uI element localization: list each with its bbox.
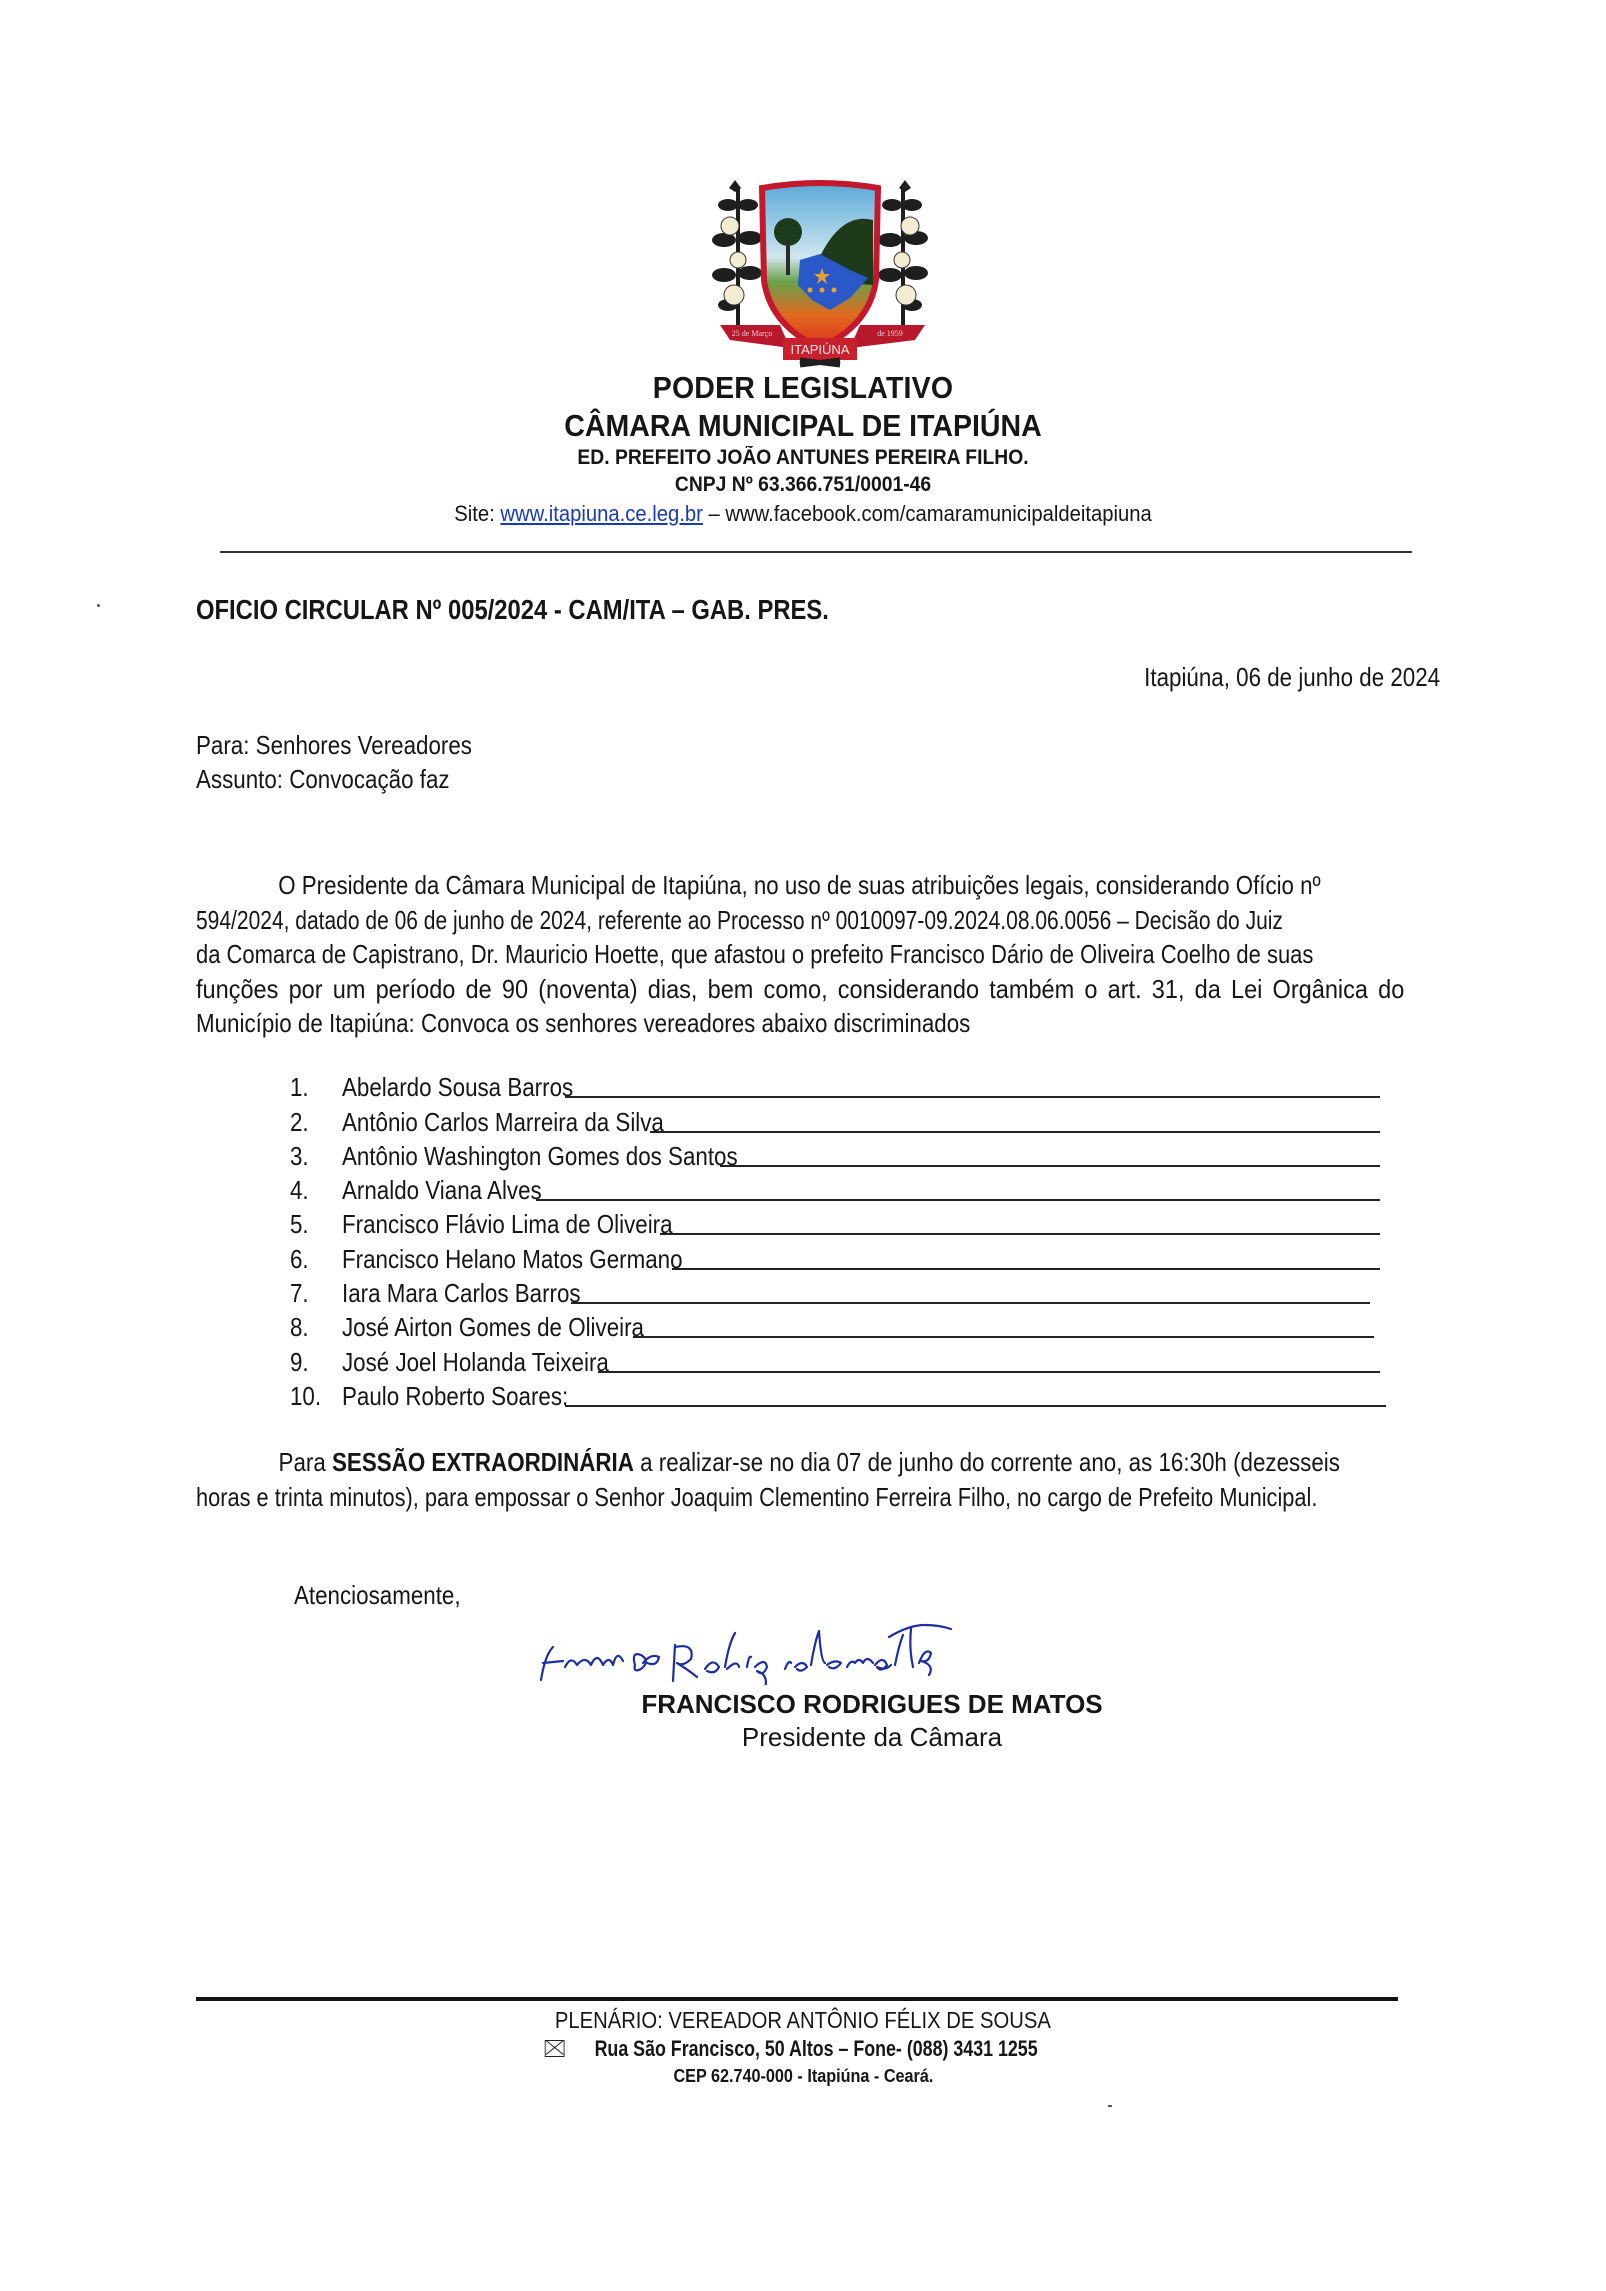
list-item: 1.Abelardo Sousa Barros — [290, 1069, 1380, 1103]
councilor-list: 1.Abelardo Sousa Barros 2.Antônio Carlos… — [290, 1069, 1380, 1412]
letterhead-building: ED. PREFEITO JOÃO ANTUNES PEREIRA FILHO. — [64, 446, 1542, 470]
councilor-name: José Airton Gomes de Oliveira — [342, 1312, 644, 1343]
paragraph-line: Para SESSÃO EXTRAORDINÁRIA a realizar-se… — [196, 1445, 1268, 1480]
list-item: 5.Francisco Flávio Lima de Oliveira — [290, 1206, 1380, 1240]
signer-role: Presidente da Câmara — [0, 1722, 1606, 1753]
list-item: 3.Antônio Washington Gomes dos Santos — [290, 1138, 1380, 1172]
date-line: Itapiúna, 06 de junho de 2024 — [1144, 662, 1440, 693]
signature-line — [571, 1302, 1370, 1304]
coat-of-arms-icon: ITAPIÚNA 25 de Março de 1959 — [690, 160, 950, 370]
councilor-name: Iara Mara Carlos Barros — [342, 1278, 581, 1309]
website-link[interactable]: www.itapiuna.ce.leg.br — [500, 501, 703, 526]
body-paragraph-2: Para SESSÃO EXTRAORDINÁRIA a realizar-se… — [196, 1445, 1442, 1514]
paragraph-line: 594/2024, datado de 06 de junho de 2024,… — [196, 903, 1203, 938]
session-type: SESSÃO EXTRAORDINÁRIA — [332, 1447, 634, 1477]
list-item: 4.Arnaldo Viana Alves — [290, 1172, 1380, 1206]
letterhead-contacts: Site: www.itapiuna.ce.leg.br – www.faceb… — [64, 501, 1542, 527]
svg-text:ITAPIÚNA: ITAPIÚNA — [791, 342, 850, 357]
document-page: ITAPIÚNA 25 de Março de 1959 PODER LEGIS… — [0, 0, 1606, 2291]
councilor-name: Abelardo Sousa Barros — [342, 1072, 573, 1103]
footer-postal-code: CEP 62.740-000 - Itapiúna - Ceará. — [0, 2066, 1606, 2087]
paragraph-line: da Comarca de Capistrano, Dr. Mauricio H… — [196, 937, 1249, 972]
paragraph-line: O Presidente da Câmara Municipal de Itap… — [196, 868, 1264, 903]
letterhead-title: PODER LEGISLATIVO — [64, 370, 1542, 406]
signature-line — [633, 1336, 1374, 1338]
signature-line — [720, 1165, 1380, 1167]
signature-line — [565, 1405, 1386, 1407]
list-item: 10.Paulo Roberto Soares: — [290, 1378, 1380, 1412]
footer-divider — [196, 1997, 1398, 2001]
municipal-crest: ITAPIÚNA 25 de Março de 1959 — [690, 160, 950, 370]
footer-address: Rua São Francisco, 50 Altos – Fone- (088… — [0, 2036, 1606, 2062]
list-item: 7.Iara Mara Carlos Barros — [290, 1275, 1380, 1309]
councilor-name: Antônio Washington Gomes dos Santos — [342, 1141, 738, 1172]
paragraph-line: funções por um período de 90 (noventa) d… — [196, 972, 1324, 1007]
signature-line — [660, 1233, 1380, 1235]
councilor-name: Paulo Roberto Soares: — [342, 1381, 568, 1412]
contacts-separator: – — [703, 501, 726, 526]
signer-name: FRANCISCO RODRIGUES DE MATOS — [0, 1689, 1606, 1720]
signature-line — [650, 1131, 1380, 1133]
letterhead-cnpj: CNPJ Nº 63.366.751/0001-46 — [64, 473, 1542, 497]
facebook-url: www.facebook.com/camaramunicipaldeitapiu… — [725, 501, 1151, 526]
councilor-name: José Joel Holanda Teixeira — [342, 1347, 609, 1378]
site-label: Site: — [454, 501, 500, 526]
signature-line — [598, 1371, 1380, 1373]
footer-plenary: PLENÁRIO: VEREADOR ANTÔNIO FÉLIX DE SOUS… — [0, 2007, 1606, 2034]
paragraph-line: Município de Itapiúna: Convoca os senhor… — [196, 1006, 1268, 1041]
subject-line: Assunto: Convocação faz — [196, 764, 450, 795]
councilor-name: Francisco Helano Matos Germano — [342, 1244, 683, 1275]
councilor-name: Arnaldo Viana Alves — [342, 1175, 542, 1206]
signature-line — [565, 1096, 1380, 1098]
paragraph-line: horas e trinta minutos), para empossar o… — [196, 1480, 1240, 1515]
header-divider — [220, 551, 1412, 553]
list-item: 9.José Joel Holanda Teixeira — [290, 1343, 1380, 1377]
envelope-icon — [544, 2040, 564, 2057]
body-paragraph-1: O Presidente da Câmara Municipal de Itap… — [196, 868, 1442, 1041]
recipient-line: Para: Senhores Vereadores — [196, 730, 472, 761]
letterhead-institution: CÂMARA MUNICIPAL DE ITAPIÚNA — [64, 408, 1542, 444]
signature-line — [536, 1199, 1380, 1201]
signature-line — [672, 1268, 1380, 1270]
office-number: OFICIO CIRCULAR Nº 005/2024 - CAM/ITA – … — [196, 594, 829, 626]
svg-text:de 1959: de 1959 — [877, 329, 903, 338]
councilor-name: Francisco Flávio Lima de Oliveira — [342, 1209, 673, 1240]
closing-salutation: Atenciosamente, — [294, 1580, 461, 1611]
list-item: 6.Francisco Helano Matos Germano — [290, 1240, 1380, 1274]
svg-text:25 de Março: 25 de Março — [732, 329, 772, 338]
handwritten-signature-icon — [535, 1585, 1135, 1685]
scan-speck — [1108, 2105, 1112, 2107]
scan-speck — [97, 604, 100, 607]
list-item: 2.Antônio Carlos Marreira da Silva — [290, 1103, 1380, 1137]
list-item: 8.José Airton Gomes de Oliveira — [290, 1309, 1380, 1343]
councilor-name: Antônio Carlos Marreira da Silva — [342, 1107, 664, 1138]
